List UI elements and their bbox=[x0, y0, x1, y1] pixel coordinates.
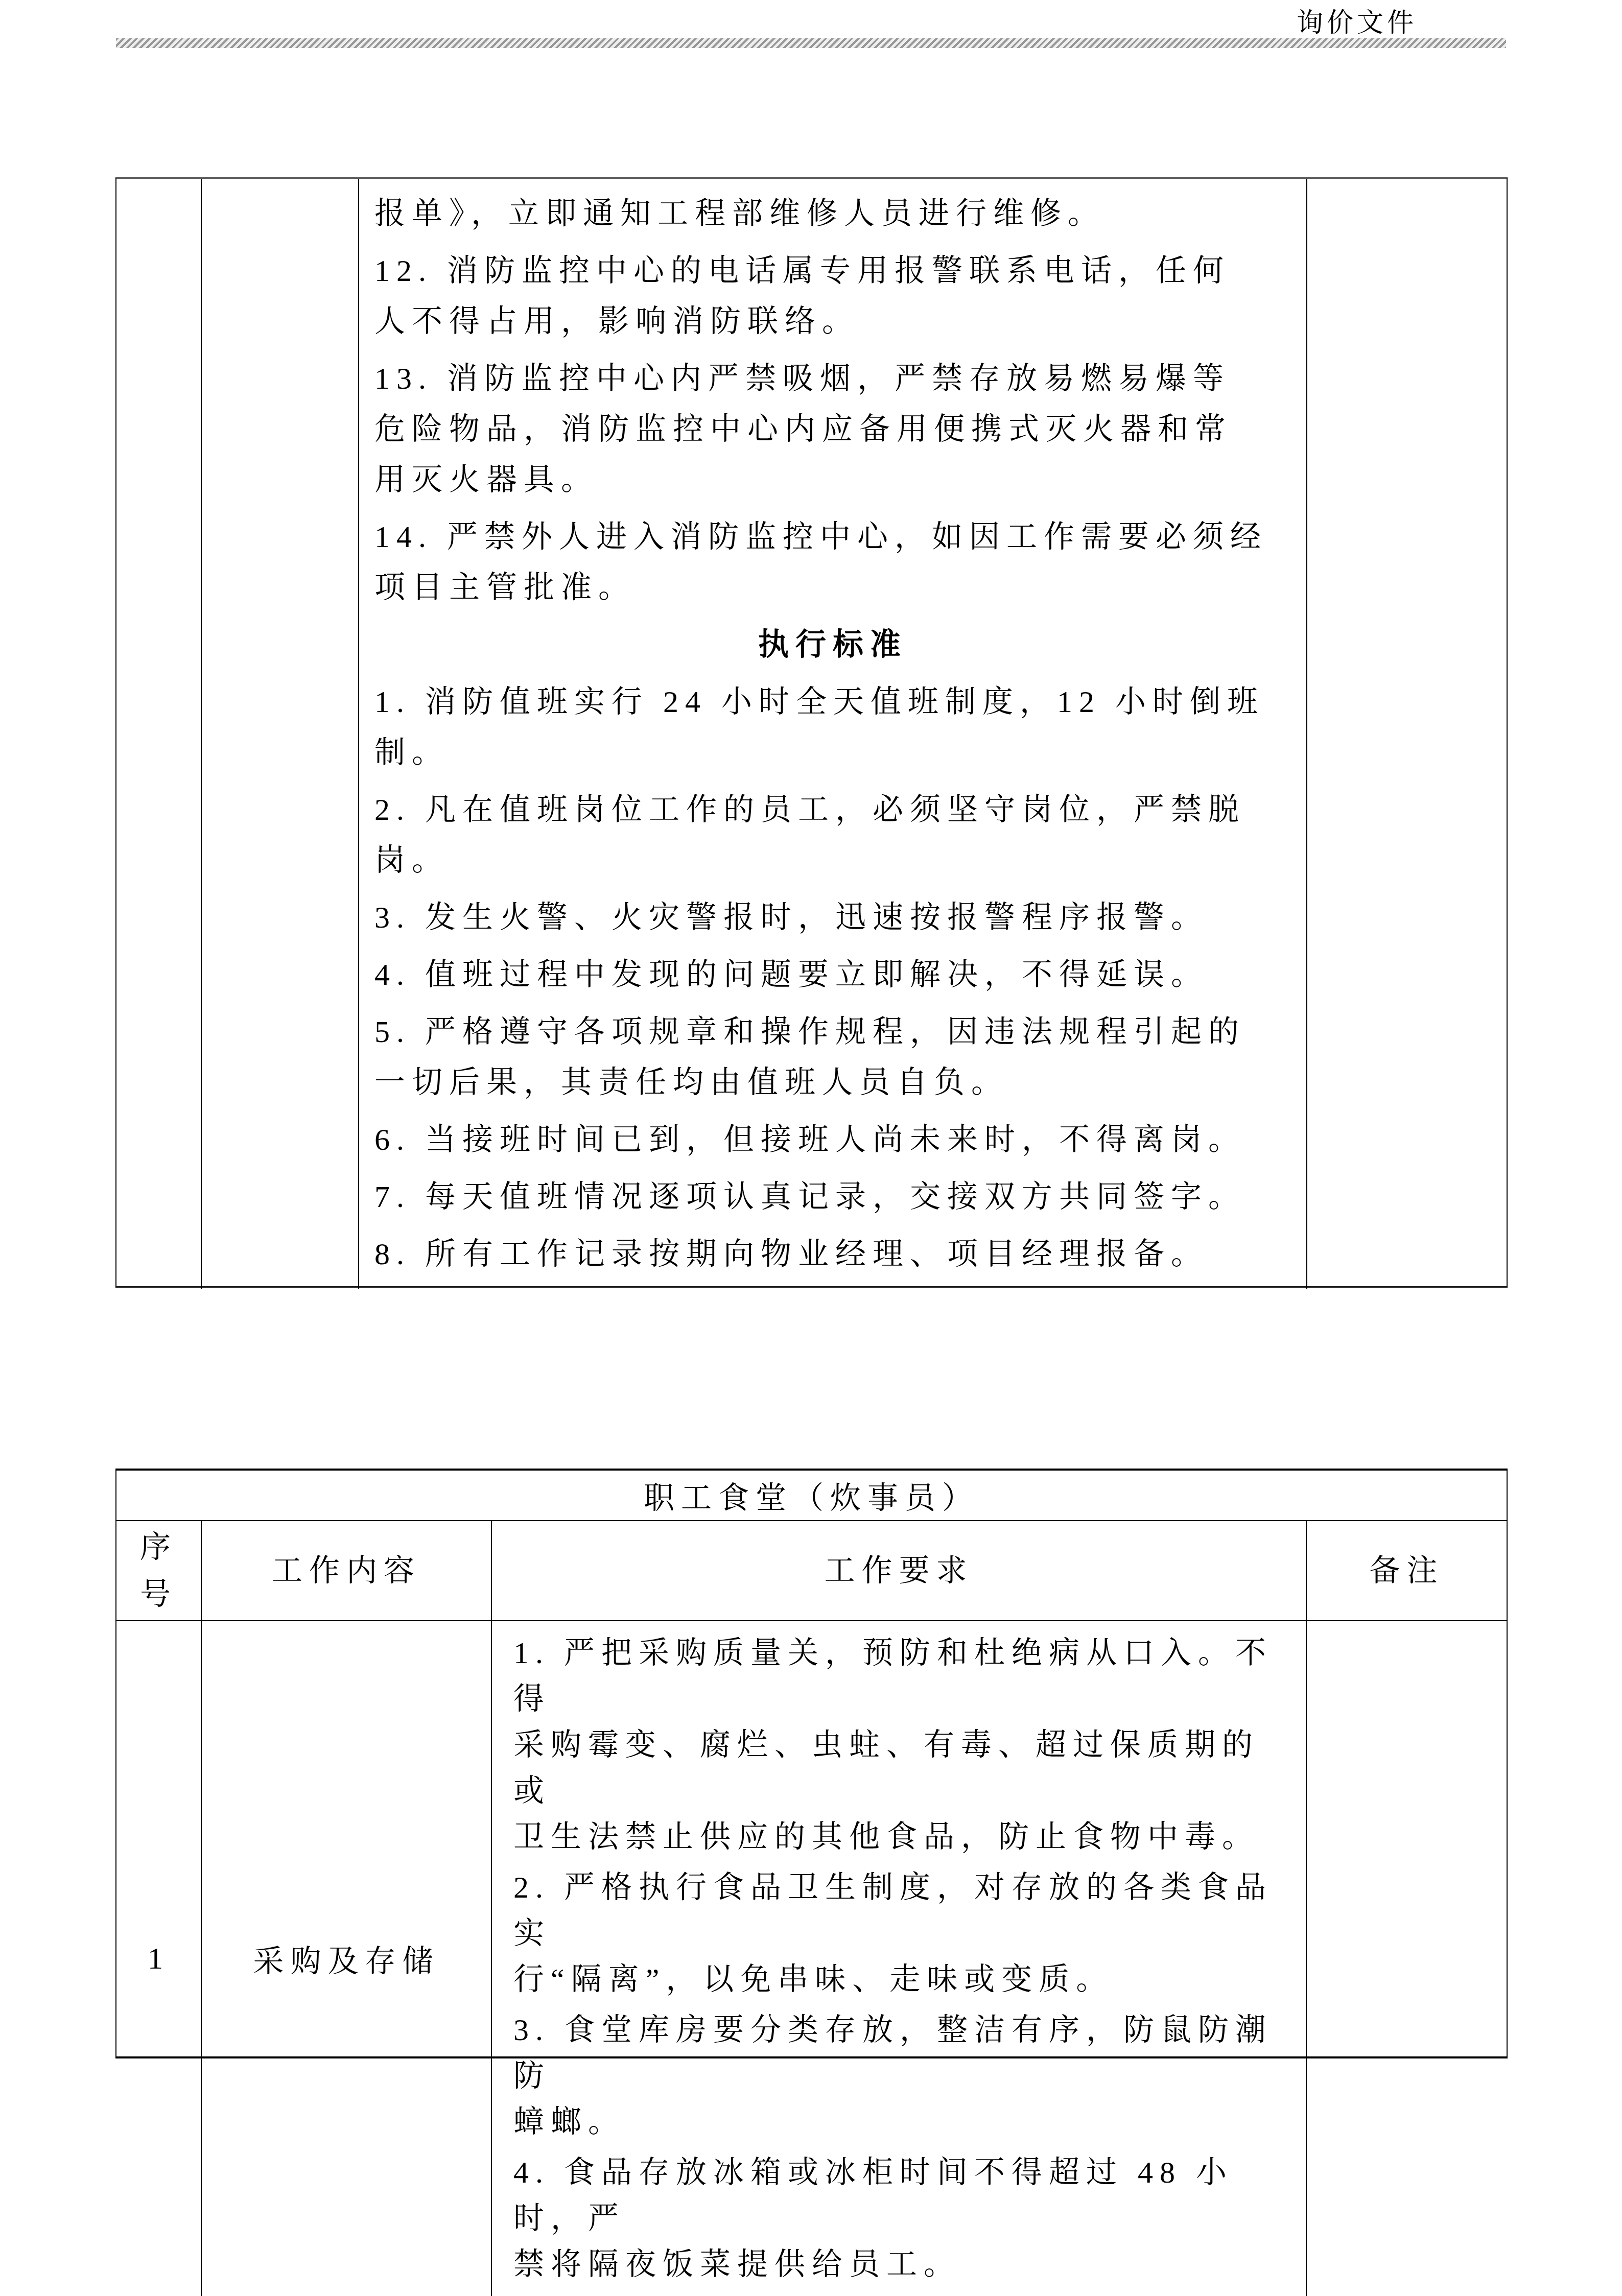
header-cell-work-content: 工作内容 bbox=[201, 1521, 491, 1620]
table1-paragraph: 4. 值班过程中发现的问题要立即解决，不得延误。 bbox=[374, 950, 1291, 1000]
requirement-paragraph: 4. 食品存放冰箱或冰柜时间不得超过 48 小时，严 禁将隔夜饭菜提供给员工。 bbox=[513, 2149, 1284, 2287]
canteen-table-row: 1 采购及存储 1. 严把采购质量关，预防和杜绝病从口入。不得 采购霉变、腐烂、… bbox=[116, 1621, 1507, 2296]
canteen-cook-table: 职工食堂（炊事员） 序号 工作内容 工作要求 备注 1 采购及存储 1. 严把采… bbox=[115, 1469, 1508, 2058]
page-header-title: 询价文件 bbox=[1297, 1, 1417, 39]
table1-paragraph: 报单》，立即通知工程部维修人员进行维修。 bbox=[374, 188, 1291, 239]
header-cell-work-requirements: 工作要求 bbox=[491, 1521, 1306, 1620]
table1-paragraph: 7. 每天值班情况逐项认真记录，交接双方共同签字。 bbox=[374, 1172, 1291, 1222]
requirement-paragraph: 2. 严格执行食品卫生制度，对存放的各类食品实 行“隔离”，以免串味、走味或变质… bbox=[513, 1864, 1284, 2002]
row-cell-seq: 1 bbox=[116, 1621, 201, 2296]
table1-paragraph: 5. 严格遵守各项规章和操作规程，因违法规程引起的 一切后果，其责任均由值班人员… bbox=[374, 1007, 1291, 1108]
table1-col-seq-empty bbox=[116, 179, 201, 1289]
table1-section-heading: 执行标准 bbox=[374, 620, 1291, 670]
table1-paragraph: 3. 发生火警、火灾警报时，迅速按报警程序报警。 bbox=[374, 892, 1291, 943]
table1-col-remark-empty bbox=[1306, 179, 1507, 1289]
row-cell-remark bbox=[1306, 1621, 1507, 2296]
header-divider-bar bbox=[116, 38, 1506, 48]
fire-monitoring-duty-table: 报单》，立即通知工程部维修人员进行维修。 12. 消防监控中心的电话属专用报警联… bbox=[115, 177, 1508, 1288]
table1-paragraph: 1. 消防值班实行 24 小时全天值班制度，12 小时倒班 制。 bbox=[374, 677, 1291, 778]
table1-paragraph: 8. 所有工作记录按期向物业经理、项目经理报备。 bbox=[374, 1229, 1291, 1280]
table1-paragraph: 2. 凡在值班岗位工作的员工，必须坚守岗位，严禁脱 岗。 bbox=[374, 785, 1291, 886]
table1-paragraph: 12. 消防监控中心的电话属专用报警联系电话，任何 人不得占用，影响消防联络。 bbox=[374, 246, 1291, 347]
requirement-paragraph: 1. 严把采购质量关，预防和杜绝病从口入。不得 采购霉变、腐烂、虫蛀、有毒、超过… bbox=[513, 1630, 1284, 1860]
row-cell-work-content: 采购及存储 bbox=[201, 1621, 491, 2296]
canteen-table-title: 职工食堂（炊事员） bbox=[116, 1471, 1507, 1521]
table1-paragraph: 14. 严禁外人进入消防监控中心，如因工作需要必须经 项目主管批准。 bbox=[374, 512, 1291, 613]
table1-paragraph: 6. 当接班时间已到，但接班人尚未来时，不得离岗。 bbox=[374, 1115, 1291, 1165]
header-cell-remark: 备注 bbox=[1306, 1521, 1507, 1620]
row-cell-work-requirements: 1. 严把采购质量关，预防和杜绝病从口入。不得 采购霉变、腐烂、虫蛀、有毒、超过… bbox=[491, 1621, 1306, 2296]
table1-col-content-empty bbox=[201, 179, 358, 1289]
header-cell-seq: 序号 bbox=[116, 1521, 201, 1620]
table1-col-requirements: 报单》，立即通知工程部维修人员进行维修。 12. 消防监控中心的电话属专用报警联… bbox=[358, 179, 1306, 1289]
table1-paragraph: 13. 消防监控中心内严禁吸烟，严禁存放易燃易爆等 危险物品，消防监控中心内应备… bbox=[374, 353, 1291, 505]
canteen-table-header-row: 序号 工作内容 工作要求 备注 bbox=[116, 1521, 1507, 1621]
document-page: { "header": { "doc_label": "询价文件" }, "ta… bbox=[0, 0, 1622, 2293]
requirement-paragraph: 3. 食堂库房要分类存放，整洁有序，防鼠防潮防 蟑螂。 bbox=[513, 2007, 1284, 2145]
